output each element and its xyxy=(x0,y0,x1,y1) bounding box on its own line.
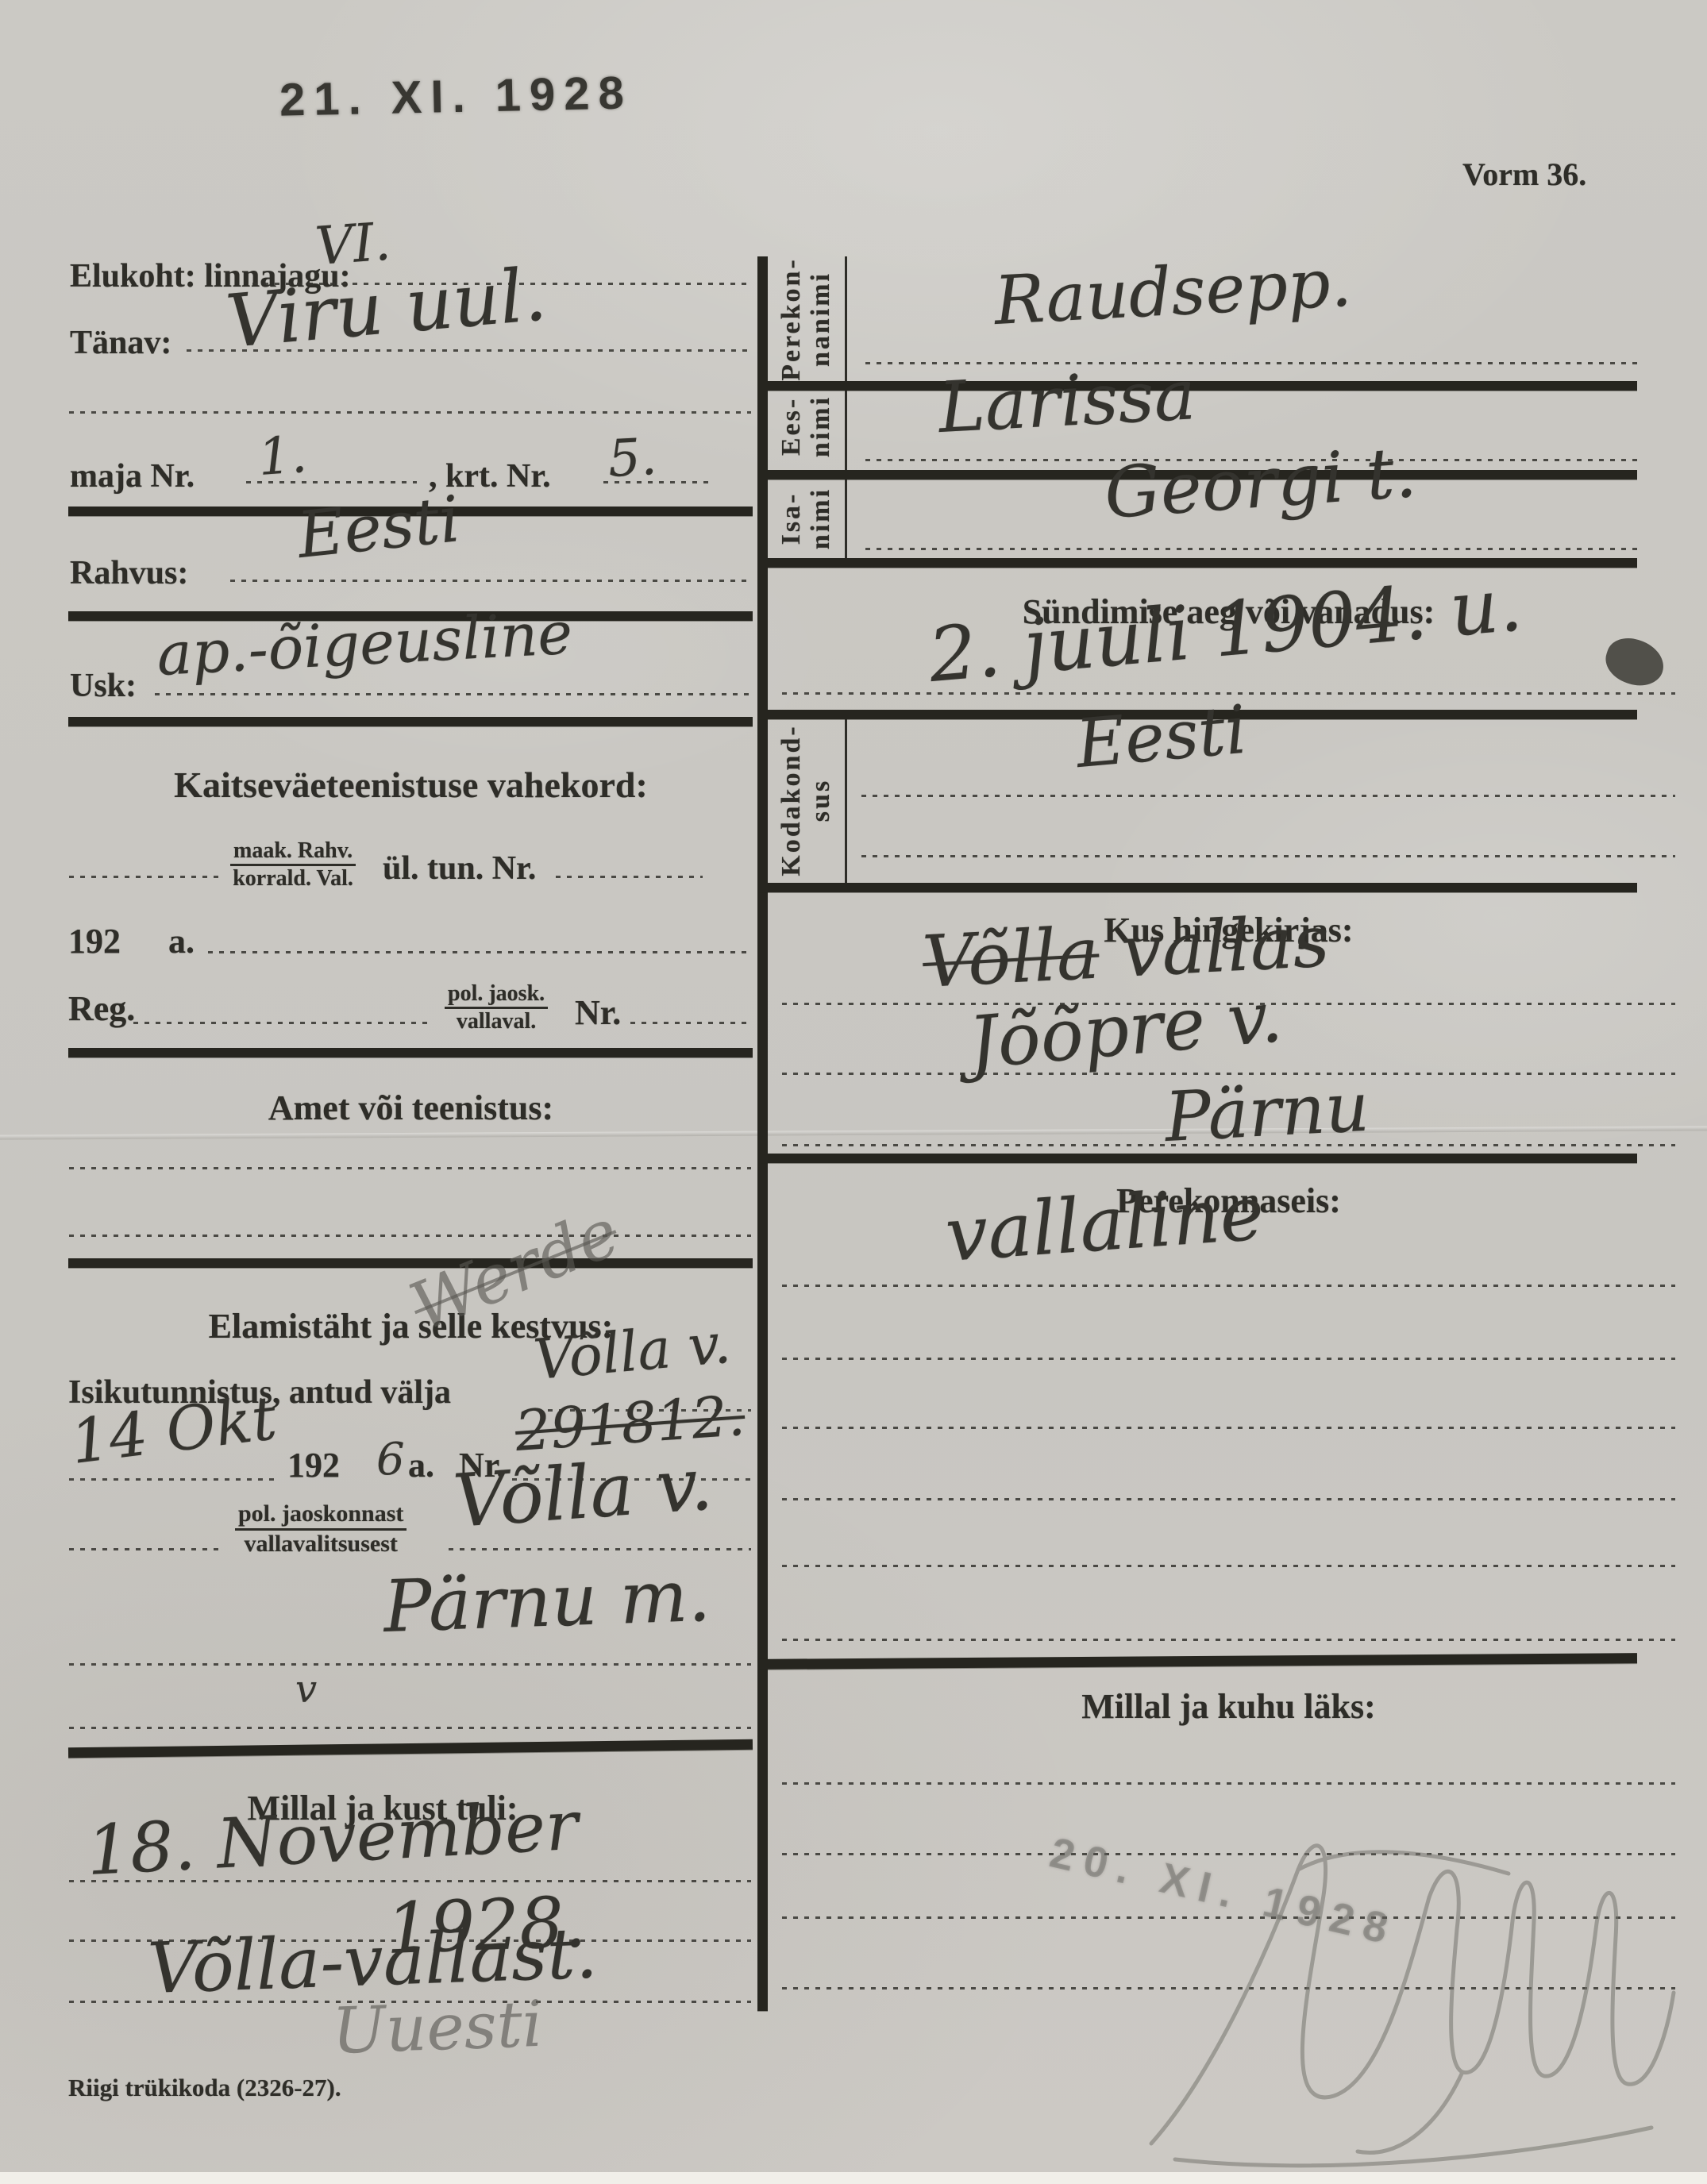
scanned-form-page: 21. XI. 1928 Vorm 36. Elukoht: linnajagu… xyxy=(0,0,1707,2184)
rule-bar xyxy=(68,717,753,726)
year-192-label: 192 xyxy=(68,921,121,961)
police-district-fraction: pol. jaoskonnast vallavalitsusest xyxy=(235,1500,407,1558)
citizenship-label-line2: sus xyxy=(807,779,836,822)
firstname-label-line2: nimi xyxy=(807,395,836,457)
received-date-stamp: 21. XI. 1928 xyxy=(279,66,633,126)
house-number-value: 1. xyxy=(256,426,309,487)
year-a-label: a. xyxy=(168,921,195,961)
pencil-signature xyxy=(1096,1810,1699,2175)
reg-issuer-fraction: pol. jaosk. vallaval. xyxy=(445,981,548,1034)
dotted-line xyxy=(69,1167,751,1169)
id-year-a-label: a. xyxy=(408,1445,434,1485)
county-value: Pärnu m. xyxy=(382,1554,711,1649)
label-column-line xyxy=(845,256,847,560)
dotted-line xyxy=(603,481,715,483)
general-cert-label: ül. tun. Nr. xyxy=(383,849,536,888)
fraction-bottom: vallavalitsusest xyxy=(235,1531,407,1558)
dotted-line xyxy=(187,349,751,352)
check-mark: v xyxy=(295,1667,317,1712)
military-issuer-fraction: maak. Rahv. korrald. Val. xyxy=(230,838,356,892)
dotted-line xyxy=(861,855,1675,857)
rule-bar xyxy=(759,1154,1637,1163)
nationality-label: Rahvus: xyxy=(70,554,188,592)
dotted-line xyxy=(782,1144,1675,1146)
fathername-vertical-label: Isa- nimi xyxy=(771,471,842,566)
surname-label-line2: nanimi xyxy=(807,272,836,367)
dotted-line xyxy=(69,876,220,878)
rule-bar xyxy=(68,1739,753,1758)
dotted-line xyxy=(133,1022,431,1024)
fraction-bottom: korrald. Val. xyxy=(230,866,356,892)
apartment-number-value: 5. xyxy=(607,428,658,489)
dotted-line xyxy=(69,1548,224,1550)
rule-bar xyxy=(759,381,1637,391)
dotted-line xyxy=(69,1235,751,1237)
religion-label: Usk: xyxy=(70,667,137,705)
dotted-line xyxy=(782,1427,1675,1429)
dotted-line xyxy=(861,795,1675,797)
rule-bar xyxy=(759,1653,1637,1670)
ink-blot xyxy=(1600,632,1670,692)
dotted-line xyxy=(782,1358,1675,1360)
dotted-line xyxy=(782,1639,1675,1641)
firstname-label-line1: Ees- xyxy=(777,397,807,456)
rule-bar xyxy=(68,1258,753,1268)
center-divider-line xyxy=(757,256,768,2011)
fraction-top: pol. jaoskonnast xyxy=(235,1500,407,1531)
house-number-label: maja Nr. xyxy=(70,457,195,495)
street-label: Tänav: xyxy=(70,324,171,362)
dotted-line xyxy=(782,1285,1675,1287)
struck-word: Võlla xyxy=(921,912,1101,1004)
dotted-line xyxy=(69,1663,751,1666)
form-number: Vorm 36. xyxy=(1462,156,1586,193)
dotted-line xyxy=(69,1880,751,1882)
dotted-line xyxy=(69,411,751,414)
dotted-line xyxy=(556,876,703,878)
printer-note: Riigi trükikoda (2326-27). xyxy=(68,2074,341,2102)
id-year-digit-value: 6 xyxy=(376,1434,405,1485)
nationality-value: Eesti xyxy=(294,482,463,572)
dotted-line xyxy=(449,1548,751,1550)
rule-bar xyxy=(759,883,1637,892)
fathername-label-line1: Isa- xyxy=(777,492,807,545)
birthdate-value: 2. juuli 1904. u. xyxy=(926,561,1526,699)
reg-nr-label: Nr. xyxy=(575,992,621,1033)
reg-label: Reg. xyxy=(68,988,135,1029)
police-district-value: Võlla v. xyxy=(451,1441,715,1544)
surname-value: Raudsepp. xyxy=(992,244,1354,340)
firstname-vertical-label: Ees- nimi xyxy=(771,379,842,474)
dotted-line xyxy=(782,1498,1675,1500)
fraction-top: pol. jaosk. xyxy=(445,981,548,1009)
surname-label-line1: Perekon- xyxy=(777,257,807,381)
rule-bar xyxy=(68,1048,753,1057)
citizenship-vertical-label: Kodakond- sus xyxy=(771,717,842,884)
arrival-note-value: Uuesti xyxy=(331,1987,544,2068)
surname-vertical-label: Perekon- nanimi xyxy=(771,252,842,387)
firstname-value: Larissa xyxy=(937,353,1198,449)
fathername-label-line2: nimi xyxy=(807,487,836,549)
dotted-line xyxy=(155,693,751,695)
dotted-line xyxy=(782,1782,1675,1785)
military-service-heading: Kaitseväeteenistuse vahekord: xyxy=(69,764,753,806)
fraction-bottom: vallaval. xyxy=(445,1009,548,1034)
citizenship-label-line1: Kodakond- xyxy=(777,724,807,876)
dotted-line xyxy=(630,1022,751,1024)
dotted-line xyxy=(69,1727,751,1729)
dotted-line xyxy=(865,548,1640,550)
label-column-line-2 xyxy=(845,719,847,883)
fathername-value: Georgi t. xyxy=(1102,431,1419,534)
citizenship-value: Eesti xyxy=(1073,691,1249,783)
departure-heading: Millal ja kuhu läks: xyxy=(782,1686,1675,1727)
occupation-heading: Amet või teenistus: xyxy=(69,1088,753,1128)
dotted-line xyxy=(208,951,751,953)
fraction-top: maak. Rahv. xyxy=(230,838,356,866)
id-year-label: 192 xyxy=(287,1445,340,1485)
dotted-line xyxy=(230,580,751,582)
dotted-line xyxy=(69,1478,279,1481)
dotted-line xyxy=(246,481,417,483)
dotted-line xyxy=(782,1565,1675,1567)
